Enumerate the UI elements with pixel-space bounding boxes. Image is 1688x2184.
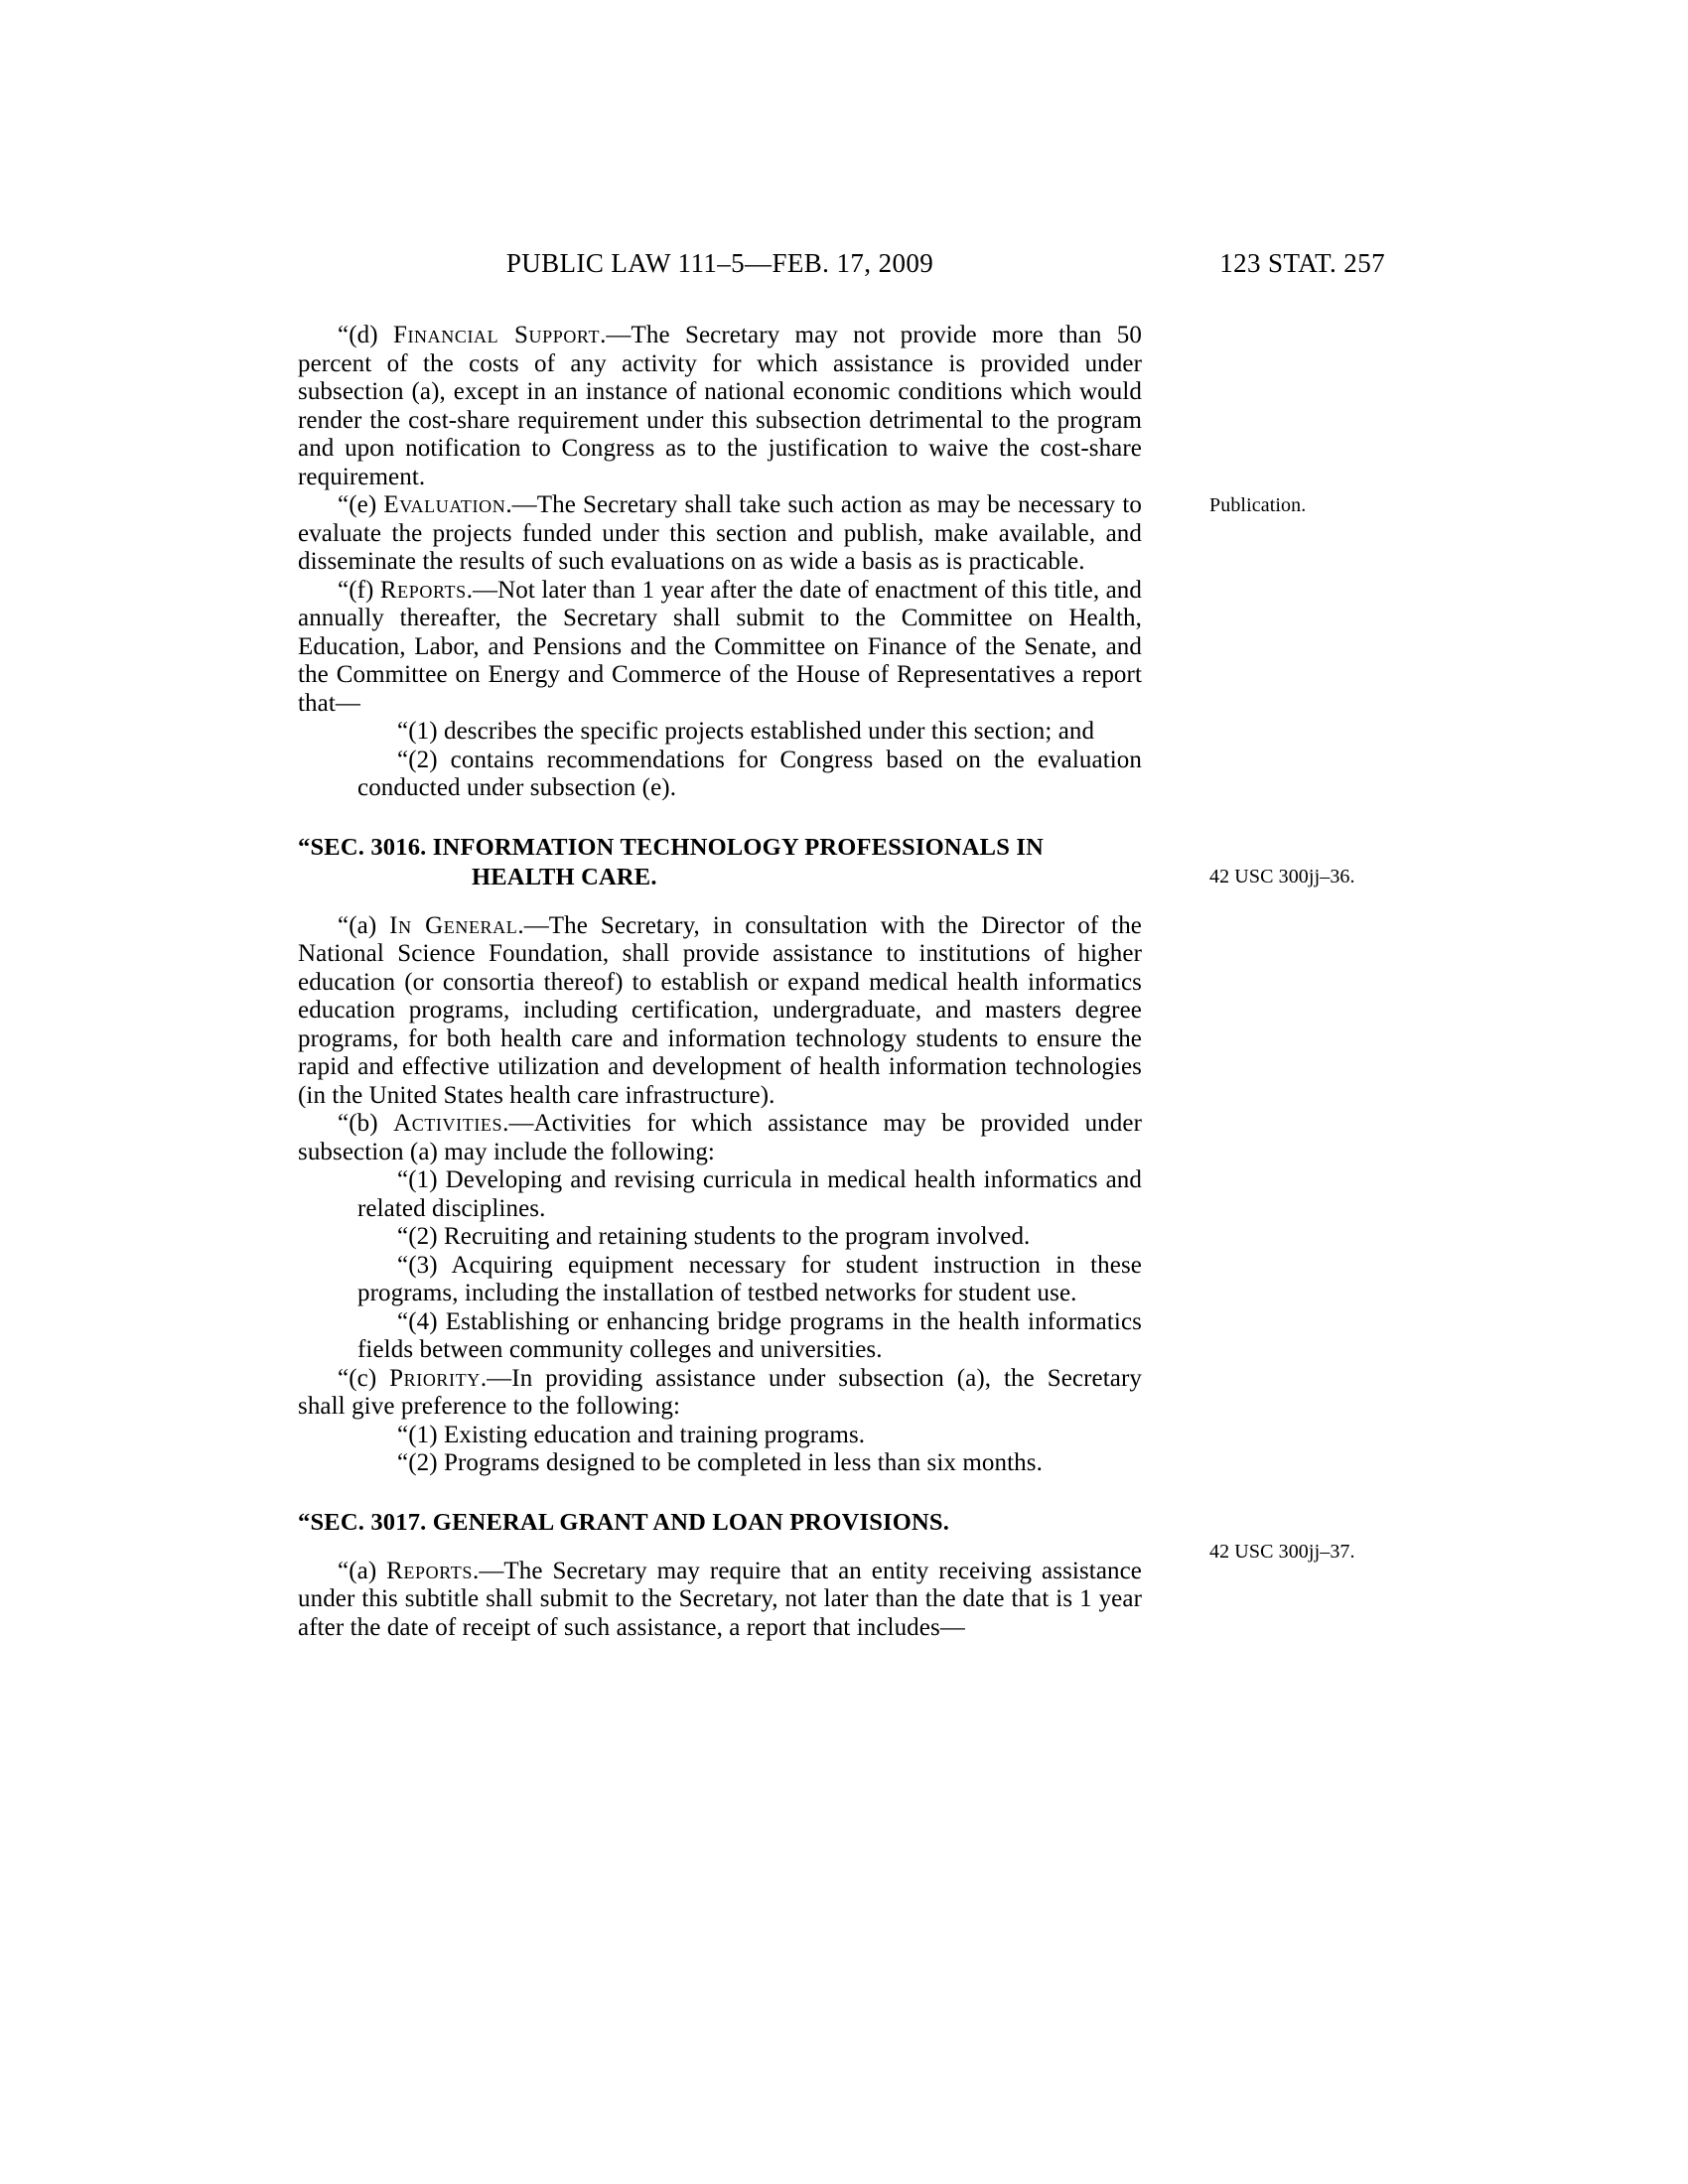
section-3017-subsection-a-block: “(a) Reports.—The Secretary may require … bbox=[298, 1558, 1142, 1643]
subsection-f-block: “(f) Reports.—Not later than 1 year afte… bbox=[298, 577, 1142, 803]
subsection-c-item-2: “(2) Programs designed to be completed i… bbox=[357, 1449, 1142, 1478]
statute-page: PUBLIC LAW 111–5—FEB. 17, 2009 123 STAT.… bbox=[0, 0, 1688, 2184]
subsection-f-item-1: “(1) describes the specific projects est… bbox=[357, 718, 1142, 747]
header-stat-page-number: 123 STAT. 257 bbox=[1219, 248, 1385, 279]
subsection-b-item-1: “(1) Developing and revising curricula i… bbox=[357, 1166, 1142, 1223]
section-3016-subsection-a-block: “(a) In General.—The Secretary, in consu… bbox=[298, 912, 1142, 1111]
section-3017-subsection-a-lead: “(a) bbox=[338, 1558, 386, 1584]
subsection-f-paragraph: “(f) Reports.—Not later than 1 year afte… bbox=[298, 577, 1142, 719]
section-3016-subsection-c-heading-smallcaps: Priority bbox=[389, 1365, 481, 1392]
subsection-f-heading-smallcaps: Reports bbox=[380, 577, 467, 604]
running-header: PUBLIC LAW 111–5—FEB. 17, 2009 123 STAT.… bbox=[298, 248, 1385, 282]
section-3016-subsection-c-lead: “(c) bbox=[338, 1365, 389, 1392]
section-3016-subsection-c-paragraph: “(c) Priority.—In providing assistance u… bbox=[298, 1365, 1142, 1422]
section-3017-heading-block: “SEC. 3017. GENERAL GRANT AND LOAN PROVI… bbox=[298, 1508, 1142, 1538]
subsection-d-block: “(d) Financial Support.—The Secretary ma… bbox=[298, 322, 1142, 491]
section-3016-subsection-a-paragraph: “(a) In General.—The Secretary, in consu… bbox=[298, 912, 1142, 1111]
margin-note-publication: Publication. bbox=[1209, 493, 1398, 517]
section-3017-subsection-a-heading-smallcaps: Reports bbox=[386, 1558, 473, 1584]
subsection-b-item-3: “(3) Acquiring equipment necessary for s… bbox=[357, 1252, 1142, 1308]
subsection-b-item-2: “(2) Recruiting and retaining students t… bbox=[357, 1223, 1142, 1252]
subsection-e-paragraph: “(e) Evaluation.—The Secretary shall tak… bbox=[298, 491, 1142, 577]
subsection-e-block: “(e) Evaluation.—The Secretary shall tak… bbox=[298, 491, 1142, 577]
statute-body: “(d) Financial Support.—The Secretary ma… bbox=[298, 322, 1142, 1642]
section-3016-subsection-b-block: “(b) Activities.—Activities for which as… bbox=[298, 1110, 1142, 1365]
section-3016-subsection-a-heading-smallcaps: In General bbox=[389, 912, 517, 939]
subsection-d-heading-smallcaps: Financial Support bbox=[393, 322, 600, 348]
subsection-d-lead: “(d) bbox=[338, 322, 393, 348]
subsection-d-paragraph: “(d) Financial Support.—The Secretary ma… bbox=[298, 322, 1142, 491]
section-3017-subsection-a-paragraph: “(a) Reports.—The Secretary may require … bbox=[298, 1558, 1142, 1643]
margin-note-usc-300jj-36: 42 USC 300jj–36. bbox=[1209, 865, 1398, 888]
header-law-title: PUBLIC LAW 111–5—FEB. 17, 2009 bbox=[298, 248, 1142, 279]
section-3017-heading: “SEC. 3017. GENERAL GRANT AND LOAN PROVI… bbox=[298, 1508, 1142, 1538]
page-content: PUBLIC LAW 111–5—FEB. 17, 2009 123 STAT.… bbox=[298, 248, 1385, 1642]
subsection-b-item-4: “(4) Establishing or enhancing bridge pr… bbox=[357, 1308, 1142, 1365]
section-3016-subsection-b-paragraph: “(b) Activities.—Activities for which as… bbox=[298, 1110, 1142, 1166]
subsection-e-lead: “(e) bbox=[338, 491, 383, 518]
subsection-f-lead: “(f) bbox=[338, 577, 380, 604]
section-3016-subsection-b-lead: “(b) bbox=[338, 1110, 393, 1137]
subsection-f-item-2: “(2) contains recommendations for Congre… bbox=[357, 747, 1142, 803]
section-3016-subsection-c-block: “(c) Priority.—In providing assistance u… bbox=[298, 1365, 1142, 1478]
section-3016-heading: “SEC. 3016. INFORMATION TECHNOLOGY PROFE… bbox=[298, 833, 1142, 892]
section-3016-subsection-a-text: .—The Secretary, in consultation with th… bbox=[298, 912, 1142, 1109]
section-3016-heading-block: “SEC. 3016. INFORMATION TECHNOLOGY PROFE… bbox=[298, 833, 1142, 892]
section-3016-subsection-b-heading-smallcaps: Activities bbox=[393, 1110, 502, 1137]
margin-note-usc-300jj-37: 42 USC 300jj–37. bbox=[1209, 1540, 1398, 1564]
subsection-e-heading-smallcaps: Evaluation bbox=[383, 491, 505, 518]
subsection-c-item-1: “(1) Existing education and training pro… bbox=[357, 1422, 1142, 1450]
section-3016-subsection-a-lead: “(a) bbox=[338, 912, 389, 939]
